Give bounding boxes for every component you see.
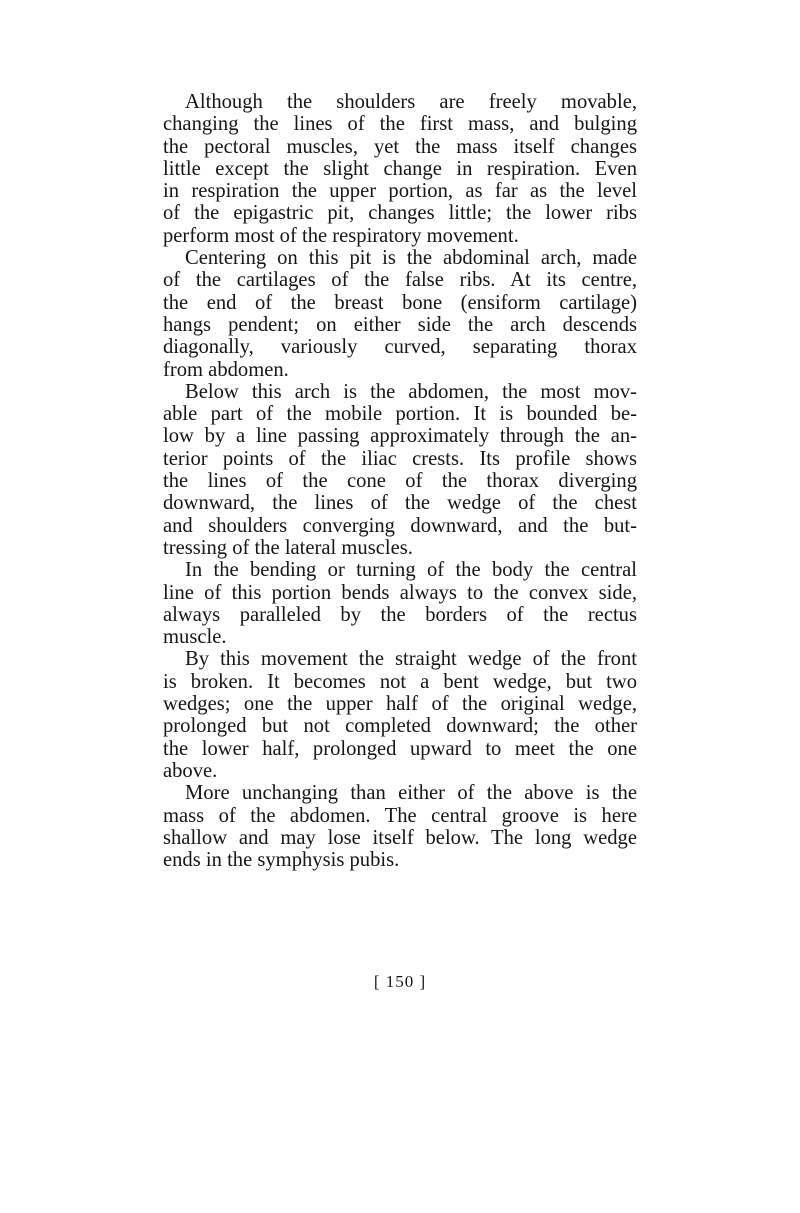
paragraph-1: Although the shoulders are freely movabl… (163, 91, 637, 247)
text-line: By this movement the straight wedge of t… (163, 648, 637, 670)
text-line: able part of the mobile portion. It is b… (163, 403, 637, 425)
text-line: tressing of the lateral muscles. (163, 537, 637, 559)
text-line: mass of the abdomen. The central groove … (163, 805, 637, 827)
text-line: the end of the breast bone (ensiform car… (163, 292, 637, 314)
text-line: hangs pendent; on either side the arch d… (163, 314, 637, 336)
text-line: Centering on this pit is the abdominal a… (163, 247, 637, 269)
text-line: the pectoral muscles, yet the mass itsel… (163, 136, 637, 158)
paragraph-6: More unchanging than either of the above… (163, 782, 637, 871)
text-line: the lower half, prolonged upward to meet… (163, 738, 637, 760)
text-line: muscle. (163, 626, 637, 648)
text-line: above. (163, 760, 637, 782)
text-line: downward, the lines of the wedge of the … (163, 492, 637, 514)
text-line: line of this portion bends always to the… (163, 582, 637, 604)
text-line: perform most of the respiratory movement… (163, 225, 637, 247)
paragraph-3: Below this arch is the abdomen, the most… (163, 381, 637, 559)
text-line: from abdomen. (163, 359, 637, 381)
text-line: ends in the symphysis pubis. (163, 849, 637, 871)
text-line: of the cartilages of the false ribs. At … (163, 269, 637, 291)
text-line: In the bending or turning of the body th… (163, 559, 637, 581)
paragraph-4: In the bending or turning of the body th… (163, 559, 637, 648)
text-line: Below this arch is the abdomen, the most… (163, 381, 637, 403)
text-line: and shoulders converging downward, and t… (163, 515, 637, 537)
text-line: shallow and may lose itself below. The l… (163, 827, 637, 849)
page-number: [ 150 ] (0, 972, 800, 992)
text-line: is broken. It becomes not a bent wedge, … (163, 671, 637, 693)
text-line: changing the lines of the first mass, an… (163, 113, 637, 135)
text-line: the lines of the cone of the thorax dive… (163, 470, 637, 492)
text-line: wedges; one the upper half of the origin… (163, 693, 637, 715)
text-line: terior points of the iliac crests. Its p… (163, 448, 637, 470)
paragraph-2: Centering on this pit is the abdominal a… (163, 247, 637, 381)
text-line: of the epigastric pit, changes little; t… (163, 202, 637, 224)
text-line: low by a line passing approximately thro… (163, 425, 637, 447)
text-line: in respiration the upper portion, as far… (163, 180, 637, 202)
text-line: always paralleled by the borders of the … (163, 604, 637, 626)
text-line: diagonally, variously curved, separating… (163, 336, 637, 358)
text-line: little except the slight change in respi… (163, 158, 637, 180)
text-line: More unchanging than either of the above… (163, 782, 637, 804)
text-line: prolonged but not completed downward; th… (163, 715, 637, 737)
paragraph-5: By this movement the straight wedge of t… (163, 648, 637, 782)
page-body: Although the shoulders are freely movabl… (163, 91, 637, 871)
text-line: Although the shoulders are freely movabl… (163, 91, 637, 113)
